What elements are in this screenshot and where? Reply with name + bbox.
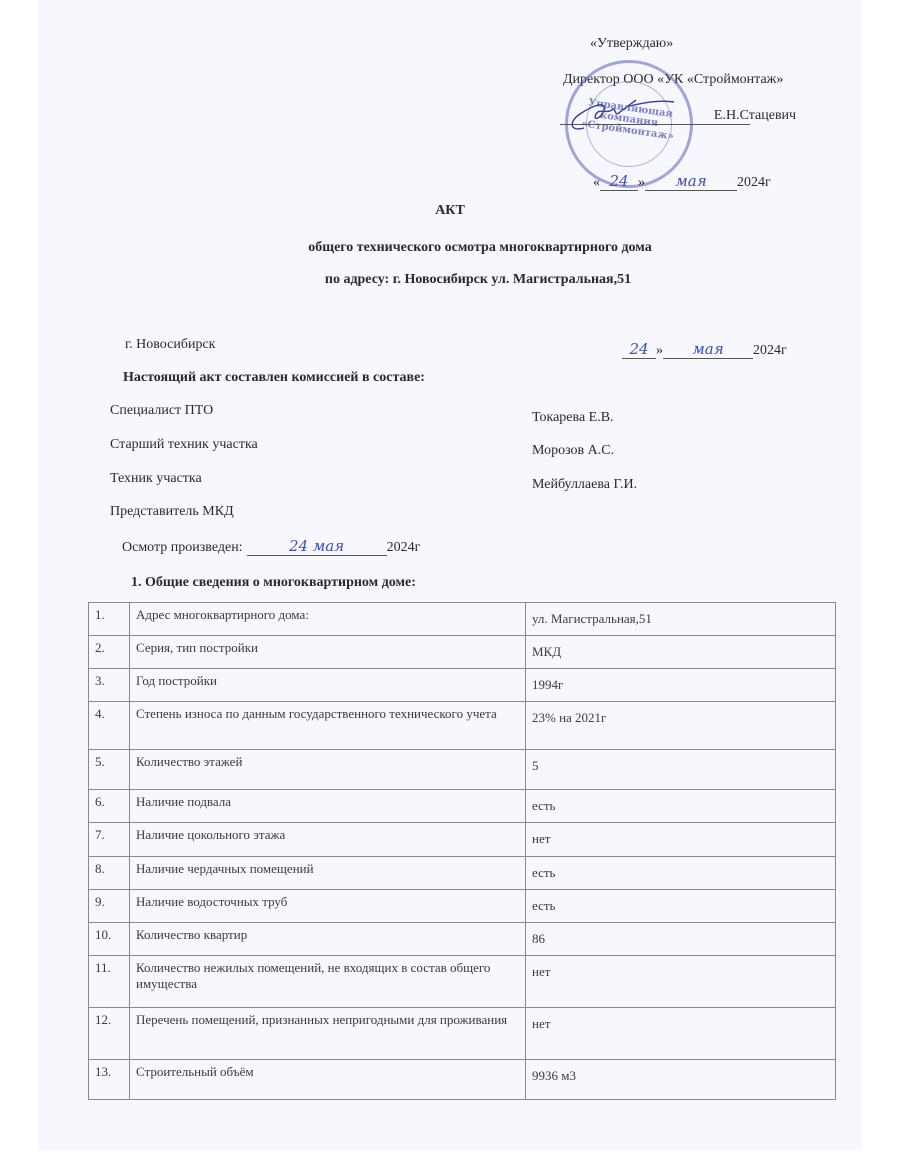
table-row: 13.Строительный объём9936 м3 [89, 1060, 836, 1100]
section-title: 1. Общие сведения о многоквартирном доме… [131, 575, 416, 591]
document-date-quote: » [656, 343, 663, 358]
approval-date-year: 2024г [737, 175, 771, 190]
approval-heading: «Утверждаю» [590, 36, 673, 52]
row-number: 5. [89, 750, 130, 790]
commission-intro: Настоящий акт составлен комиссией в сост… [123, 370, 425, 386]
row-value: нет [526, 823, 836, 857]
row-label: Степень износа по данным государственног… [130, 702, 526, 750]
row-number: 2. [89, 636, 130, 669]
building-info-table: 1.Адрес многоквартирного дома:ул. Магист… [88, 602, 836, 1100]
row-label: Наличие подвала [130, 790, 526, 823]
member-name: Морозов А.С. [532, 443, 614, 459]
table-row: 12.Перечень помещений, признанных неприг… [89, 1008, 836, 1060]
row-value: МКД [526, 636, 836, 669]
row-value: есть [526, 790, 836, 823]
table-row: 6.Наличие подвалаесть [89, 790, 836, 823]
row-value: 9936 м3 [526, 1060, 836, 1100]
document-address: по адресу: г. Новосибирск ул. Магистраль… [325, 272, 631, 288]
approval-signatory: Е.Н.Стацевич [714, 108, 796, 124]
document-subtitle: общего технического осмотра многоквартир… [308, 240, 652, 256]
signature-icon [566, 92, 676, 138]
document-date-year: 2024г [753, 343, 787, 358]
row-value: есть [526, 857, 836, 890]
row-label: Количество нежилых помещений, не входящи… [130, 956, 526, 1008]
row-value: 86 [526, 923, 836, 956]
row-label: Строительный объём [130, 1060, 526, 1100]
row-value: ул. Магистральная,51 [526, 603, 836, 636]
table-row: 4.Степень износа по данным государственн… [89, 702, 836, 750]
row-label: Наличие водосточных труб [130, 890, 526, 923]
row-label: Наличие цокольного этажа [130, 823, 526, 857]
row-number: 4. [89, 702, 130, 750]
document-date: 24»мая2024г [622, 340, 787, 359]
date-close-quote: » [638, 175, 645, 190]
table-row: 8.Наличие чердачных помещенийесть [89, 857, 836, 890]
row-number: 10. [89, 923, 130, 956]
row-label: Серия, тип постройки [130, 636, 526, 669]
row-number: 12. [89, 1008, 130, 1060]
row-number: 7. [89, 823, 130, 857]
document-date-month: мая [663, 340, 753, 359]
row-number: 8. [89, 857, 130, 890]
table-row: 3.Год постройки1994г [89, 669, 836, 702]
inspection-date-value: 24 мая [247, 537, 387, 556]
row-label: Перечень помещений, признанных непригодн… [130, 1008, 526, 1060]
member-role: Старший техник участка [110, 437, 258, 453]
member-name: Токарева Е.В. [532, 410, 614, 426]
inspection-year: 2024г [387, 540, 421, 555]
table-row: 1.Адрес многоквартирного дома:ул. Магист… [89, 603, 836, 636]
member-role: Специалист ПТО [110, 403, 213, 419]
row-number: 11. [89, 956, 130, 1008]
row-label: Количество квартир [130, 923, 526, 956]
approval-date-month: мая [645, 172, 737, 191]
row-number: 6. [89, 790, 130, 823]
table-row: 11.Количество нежилых помещений, не вход… [89, 956, 836, 1008]
row-value: 23% на 2021г [526, 702, 836, 750]
approval-date: «24»мая2024г [593, 172, 771, 191]
member-role: Техник участка [110, 471, 202, 487]
table-row: 7.Наличие цокольного этажанет [89, 823, 836, 857]
row-number: 1. [89, 603, 130, 636]
row-value: 1994г [526, 669, 836, 702]
member-role: Представитель МКД [110, 504, 234, 520]
document-date-day: 24 [622, 340, 656, 359]
table-row: 5.Количество этажей5 [89, 750, 836, 790]
approval-date-day: 24 [600, 172, 638, 191]
row-label: Количество этажей [130, 750, 526, 790]
row-value: нет [526, 1008, 836, 1060]
table-row: 10.Количество квартир86 [89, 923, 836, 956]
row-number: 13. [89, 1060, 130, 1100]
row-label: Год постройки [130, 669, 526, 702]
row-value: 5 [526, 750, 836, 790]
document-place: г. Новосибирск [125, 337, 215, 353]
row-value: нет [526, 956, 836, 1008]
row-label: Наличие чердачных помещений [130, 857, 526, 890]
row-label: Адрес многоквартирного дома: [130, 603, 526, 636]
row-number: 9. [89, 890, 130, 923]
row-value: есть [526, 890, 836, 923]
inspection-label: Осмотр произведен: [122, 540, 243, 555]
signature-line [560, 124, 750, 125]
date-open-quote: « [593, 175, 600, 190]
document-title: АКТ [435, 203, 465, 219]
member-name: Мейбуллаева Г.И. [532, 477, 637, 493]
inspection-date: Осмотр произведен:24 мая2024г [122, 537, 420, 556]
row-number: 3. [89, 669, 130, 702]
table-row: 2.Серия, тип постройкиМКД [89, 636, 836, 669]
table-row: 9.Наличие водосточных трубесть [89, 890, 836, 923]
